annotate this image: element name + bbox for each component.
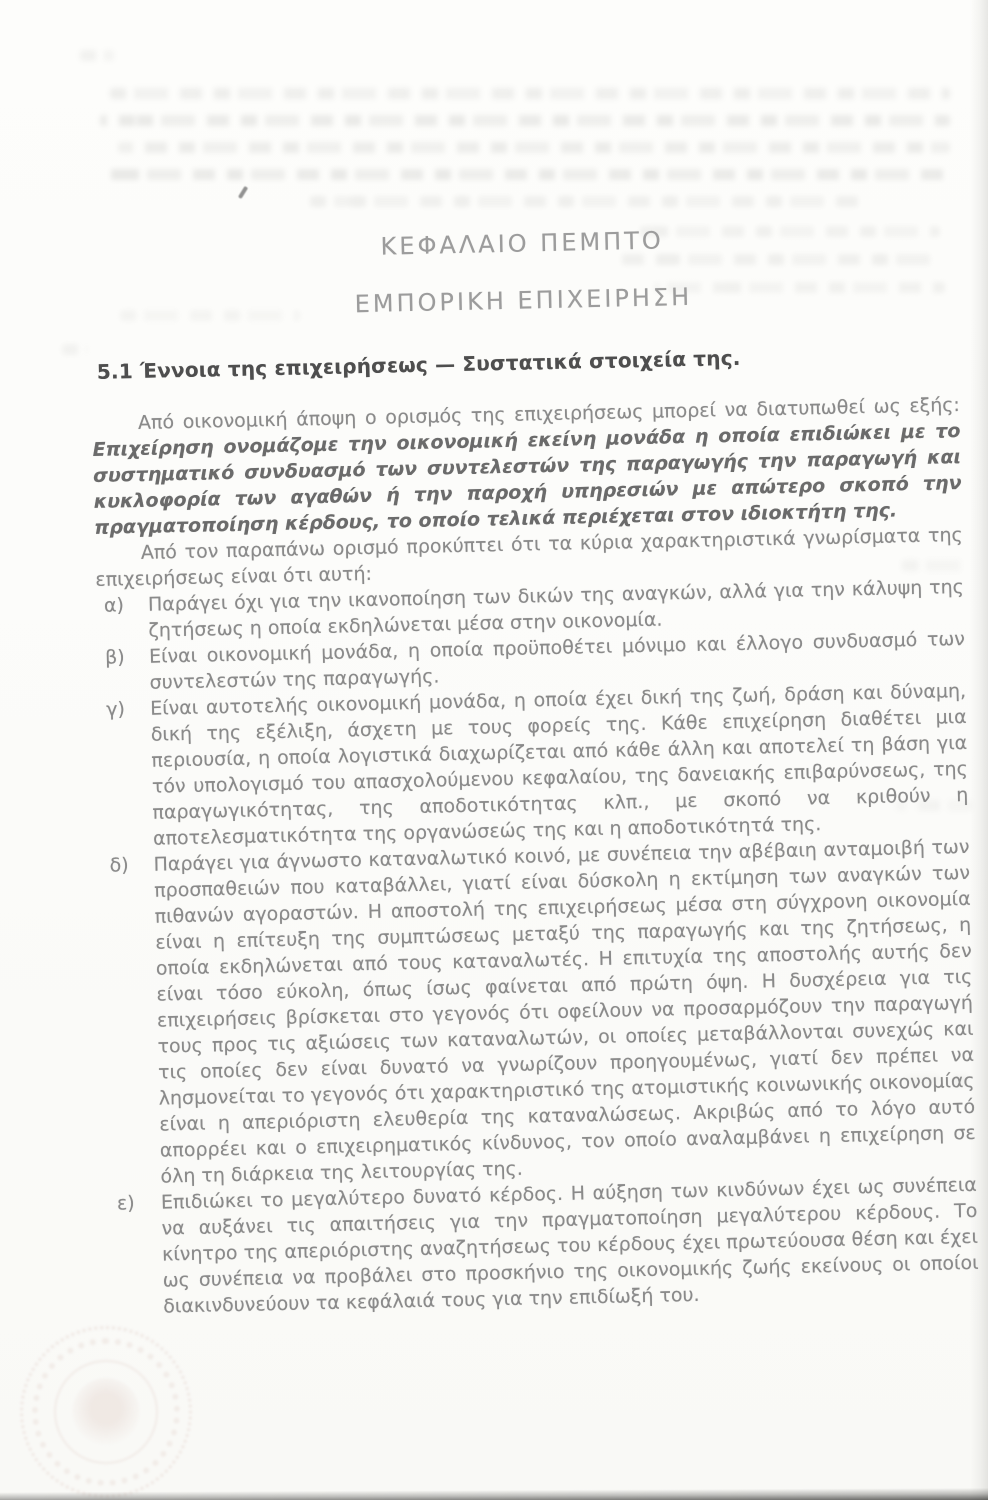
list-item-text: Είναι αυτοτελής οικονομική μονάδα, η οπο… bbox=[150, 680, 969, 850]
characteristics-list: α) Παράγει όχι για την ικανοποίηση των δ… bbox=[96, 574, 980, 1321]
page-edge-shadow-right bbox=[970, 0, 988, 1500]
chapter-subtitle: ΕΜΠΟΡΙΚΗ ΕΠΙΧΕΙΡΗΣΗ bbox=[89, 278, 957, 323]
page-text-column: ΚΕΦΑΛΑΙΟ ΠΕΜΠΤΟ ΕΜΠΟΡΙΚΗ ΕΠΙΧΕΙΡΗΣΗ 5.1 … bbox=[88, 221, 979, 1321]
bleed-through-line bbox=[300, 196, 860, 207]
bleed-through-line bbox=[118, 142, 950, 153]
list-item: ε) Επιδιώκει το μεγαλύτερο δυνατό κέρδος… bbox=[109, 1172, 980, 1321]
definition-paragraph: Από οικονομική άποψη ο ορισμός της επιχε… bbox=[92, 392, 963, 541]
list-item-marker: ε) bbox=[117, 1190, 135, 1216]
list-item-marker: γ) bbox=[106, 696, 125, 722]
bleed-through-line bbox=[110, 88, 950, 99]
list-item-marker: δ) bbox=[109, 852, 129, 878]
ink-speck bbox=[238, 186, 248, 199]
list-item-text: Επιδιώκει το μεγαλύτερο δυνατό κέρδος. Η… bbox=[161, 1174, 979, 1318]
bleed-through-line bbox=[104, 169, 948, 180]
bleed-through-line bbox=[100, 115, 950, 126]
chapter-title: ΚΕΦΑΛΑΙΟ ΠΕΜΠΤΟ bbox=[88, 221, 956, 266]
list-item-marker: α) bbox=[104, 592, 124, 618]
library-stamp-icon bbox=[20, 1326, 192, 1498]
scanned-book-page: ΚΕΦΑΛΑΙΟ ΠΕΜΠΤΟ ΕΜΠΟΡΙΚΗ ΕΠΙΧΕΙΡΗΣΗ 5.1 … bbox=[0, 0, 988, 1500]
list-item-text: Παράγει για άγνωστο καταναλωτικό κοινό, … bbox=[153, 836, 976, 1188]
list-item-marker: β) bbox=[105, 644, 125, 670]
section-heading: 5.1 Έννοια της επιχειρήσεως — Συστατικά … bbox=[97, 340, 959, 385]
definition-emphasis-text: Επιχείρηση ονομάζομε την οικονομική εκεί… bbox=[92, 420, 961, 539]
list-item: δ) Παράγει για άγνωστο καταναλωτικό κοιν… bbox=[101, 834, 976, 1191]
bleed-through-line bbox=[80, 50, 114, 61]
bleed-through-line bbox=[62, 344, 88, 355]
stamp-emblem bbox=[72, 1378, 140, 1446]
list-item: γ) Είναι αυτοτελής οικονομική μονάδα, η … bbox=[98, 678, 969, 853]
